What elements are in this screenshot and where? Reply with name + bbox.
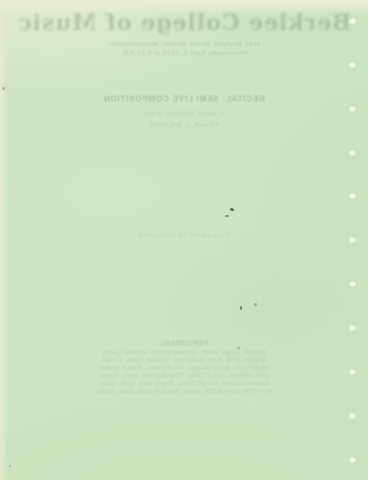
bleedthrough-personnel-line: SAXES: Roger Smith, Al Hendrickson, Mich…	[0, 349, 368, 357]
bleedthrough-address-line: 1140 Boylston Street, Boston, Massachuse…	[0, 40, 368, 48]
punch-hole	[349, 106, 356, 112]
ink-speck	[254, 303, 257, 306]
bleedthrough-program-subtitle: in partial fulfillment of the	[0, 110, 368, 117]
ink-speck	[9, 465, 11, 467]
punch-hole	[349, 457, 356, 463]
bleedthrough-personnel-line: Charles Ellis, Peter Danielson, Thomas R…	[0, 357, 368, 365]
bleedthrough-personnel-line: Gene Phillips, Arthur Colby TROMBONES: B…	[0, 372, 368, 380]
bleedthrough-datetime-line: Wednesday, April 8, 1970 at 8:15 P.M.	[0, 49, 368, 57]
punch-hole	[349, 18, 356, 24]
ink-speck	[230, 207, 235, 211]
bleedthrough-personnel-list: SAXES: Roger Smith, Al Hendrickson, Mich…	[0, 349, 368, 395]
punch-hole	[349, 237, 356, 243]
ink-speck	[2, 87, 5, 90]
ink-speck	[237, 347, 240, 349]
bleedthrough-personnel-line: TRUMPETS: David Morgan, Jim Stevens, Rob…	[0, 364, 368, 372]
punch-hole	[349, 150, 356, 156]
punch-hole	[349, 62, 356, 68]
bleedthrough-personnel-line: RHYTHM: Gary Burke, piano; Stephen Cole,…	[0, 388, 368, 396]
bleedthrough-personnel-heading: PERSONNEL	[0, 339, 368, 347]
bleedthrough-personnel-line: Kenneth Marsh, Donald Price, Wayne Hall,…	[0, 380, 368, 388]
bleedthrough-performer-name: FRANK J. WILKINS	[0, 121, 368, 129]
punch-hole	[349, 369, 356, 375]
scanned-program-page: Berklee College of Music 1140 Boylston S…	[0, 0, 368, 480]
punch-hole	[349, 193, 356, 199]
ink-speck	[225, 215, 229, 218]
bleedthrough-program-note: Program will be announced	[0, 231, 368, 239]
ink-speck	[240, 306, 242, 310]
punch-hole	[349, 325, 356, 331]
bleedthrough-masthead: Berklee College of Music	[0, 10, 368, 36]
punch-hole	[349, 281, 356, 287]
punch-hole	[349, 413, 356, 419]
bleedthrough-program-title: RECITAL: SEMI LIVE COMPOSITION	[0, 95, 368, 104]
